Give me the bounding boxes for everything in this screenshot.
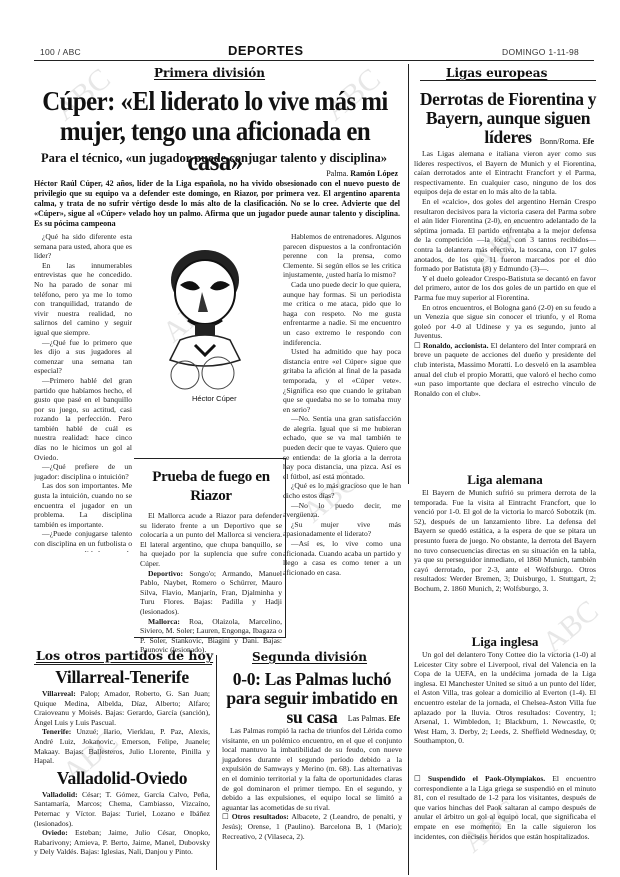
paragraph: ¿Qué ha sido diferente esta semana para … (34, 232, 132, 261)
main-deck: Para el técnico, «un jugador puede conju… (28, 151, 400, 166)
lineup-label: Deportivo: (148, 569, 183, 578)
byline-agency: Efe (582, 137, 594, 146)
section-title: DEPORTES (228, 43, 304, 58)
match-lineups: Valladolid: César; T. Gómez, García Calv… (34, 790, 210, 857)
paragraph: —Así es, lo vive como una aficionada. Cu… (283, 539, 401, 577)
cuper-illustration (140, 240, 270, 390)
main-kicker: Primera división (154, 66, 265, 80)
main-byline: Palma. Ramón López (250, 169, 398, 178)
paragraph: Oviedo: Esteban; Jaime, Julio César, Ono… (34, 828, 210, 857)
paragraph: ¿Qué es lo más gracioso que le han dicho… (283, 481, 401, 500)
europeas-byline: Bonn/Roma. Efe (480, 137, 594, 146)
paragraph: Un gol del delantero Tony Cottee dio la … (414, 650, 596, 746)
europeas-kicker: Ligas europeas (446, 66, 547, 80)
inglesa-body: Un gol del delantero Tony Cottee dio la … (414, 650, 596, 770)
byline-place: Bonn/Roma. (540, 137, 581, 146)
segunda-divider (216, 655, 217, 870)
paragraph: Las Ligas alemana e italiana vieron ayer… (414, 149, 596, 197)
main-column-1: ¿Qué ha sido diferente esta semana para … (34, 232, 132, 552)
inglesa-title: Liga inglesa (414, 634, 596, 650)
paragraph: Deportivo: Songo'o; Armando, Manuel Pabl… (140, 569, 282, 617)
paragraph: Hablemos de entrenadores. Algunos parece… (283, 232, 401, 280)
europeas-rule (420, 80, 596, 81)
paragraph: El Mallorca acude a Riazor para defender… (140, 511, 282, 569)
paragraph: Tenerife: Unzué; Ilario, Vierklau, P. Pa… (34, 727, 210, 765)
paragraph: Cada uno puede decir lo que quiera, aunq… (283, 280, 401, 347)
byline-agency: Efe (388, 714, 400, 723)
paragraph: —¿Qué fue lo primero que les dijo a sus … (34, 338, 132, 376)
paragraph: ¿Su mujer vive más apasionadamente el li… (283, 520, 401, 539)
segunda-byline: Las Palmas. Efe (300, 714, 400, 723)
byline-place: Palma. (326, 169, 348, 178)
otros-kicker: Los otros partidos de hoy (36, 648, 213, 663)
alemana-body: El Bayern de Munich sufrió su primera de… (414, 488, 596, 618)
column-divider (408, 64, 409, 484)
paragraph: —No lo puedo decir, me avergüenza. (283, 501, 401, 520)
main-column-3: Hablemos de entrenadores. Algunos parece… (283, 232, 401, 644)
paragraph: Villarreal: Palop; Amador, Roberto, G. S… (34, 689, 210, 727)
header-rule (34, 60, 594, 61)
photo-caption: Héctor Cúper (192, 394, 237, 403)
sidebar-box-content: Prueba de fuego en Riazor El Mallorca ac… (140, 468, 282, 655)
paragraph: ☐ Otros resultados: Albacete, 2 (Leandro… (222, 812, 402, 841)
team-label: Oviedo: (42, 828, 68, 837)
byline-author: Ramón López (350, 169, 398, 178)
alemana-title: Liga alemana (414, 472, 596, 488)
paragraph: En otros encuentros, el Bologna ganó (2-… (414, 303, 596, 341)
team-label: Villarreal: (42, 689, 76, 698)
team-label: Valladolid: (42, 790, 78, 799)
paragraph: ☐ Ronaldo, accionista. El delantero del … (414, 341, 596, 399)
brief-body: El encuentro correspondiente a la Liga g… (414, 774, 596, 841)
segunda-body: Las Palmas rompió la racha de triunfos d… (222, 726, 402, 841)
sidebar-headline: Prueba de fuego en Riazor (140, 468, 282, 506)
otros-partidos: Villarreal-Tenerife Villarreal: Palop; A… (34, 668, 210, 857)
match-lineups: Villarreal: Palop; Amador, Roberto, G. S… (34, 689, 210, 766)
europeas-body: Las Ligas alemana e italiana vieron ayer… (414, 149, 596, 449)
folio-left: 100 / ABC (40, 47, 81, 57)
paragraph: Las dos son importantes. Me gusta la int… (34, 481, 132, 529)
lineup-label: Mallorca: (148, 617, 180, 626)
paragraph: —¿Puede conjugarse talento con disciplin… (34, 529, 132, 552)
sidebar-body: El Mallorca acude a Riazor para defender… (140, 511, 282, 655)
olympiakos-brief: ☐ Suspendido el Paok-Olympiakos. El encu… (414, 774, 596, 841)
otros-rule (34, 664, 212, 665)
brief-title: Ronaldo, accionista. (423, 341, 488, 350)
paragraph: —Primero hablé del gran partido que habí… (34, 376, 132, 462)
paragraph: En las innumerables entrevistas que he c… (34, 261, 132, 338)
paragraph: —No. Sentía una gran satisfacción de ale… (283, 414, 401, 481)
paragraph: Usted ha admitido que hay poca distancia… (283, 347, 401, 414)
headline-line-1: Cúper: «El liderato lo vive más mi (37, 86, 392, 116)
brief-title: Suspendido el Paok-Olympiakos. (428, 774, 545, 783)
paragraph: —¿Qué prefiere de un jugador: disciplina… (34, 462, 132, 481)
byline-place: Las Palmas. (348, 714, 387, 723)
match-title: Villarreal-Tenerife (34, 668, 210, 687)
headline-line-2: mujer, tengo una aficionada en casa» (37, 116, 392, 176)
paragraph: Las Palmas rompió la racha de triunfos d… (222, 726, 402, 812)
paragraph: El Bayern de Munich sufrió su primera de… (414, 488, 596, 594)
match-title: Valladolid-Oviedo (34, 769, 210, 788)
paragraph: Y el duelo goleador Crespo-Batistuta se … (414, 274, 596, 303)
others-label: Otros resultados: (232, 812, 289, 821)
column-divider (408, 500, 409, 875)
team-label: Tenerife: (42, 727, 71, 736)
folio-right: DOMINGO 1-11-98 (502, 47, 579, 57)
segunda-kicker: Segunda división (252, 650, 367, 664)
paragraph: En el «calcio», dos goles del argentino … (414, 197, 596, 274)
main-lead: Héctor Raúl Cúper, 42 años, líder de la … (34, 179, 400, 229)
paragraph: Valladolid: César; T. Gómez, García Calv… (34, 790, 210, 828)
paragraph: ☐ Suspendido el Paok-Olympiakos. El encu… (414, 774, 596, 841)
